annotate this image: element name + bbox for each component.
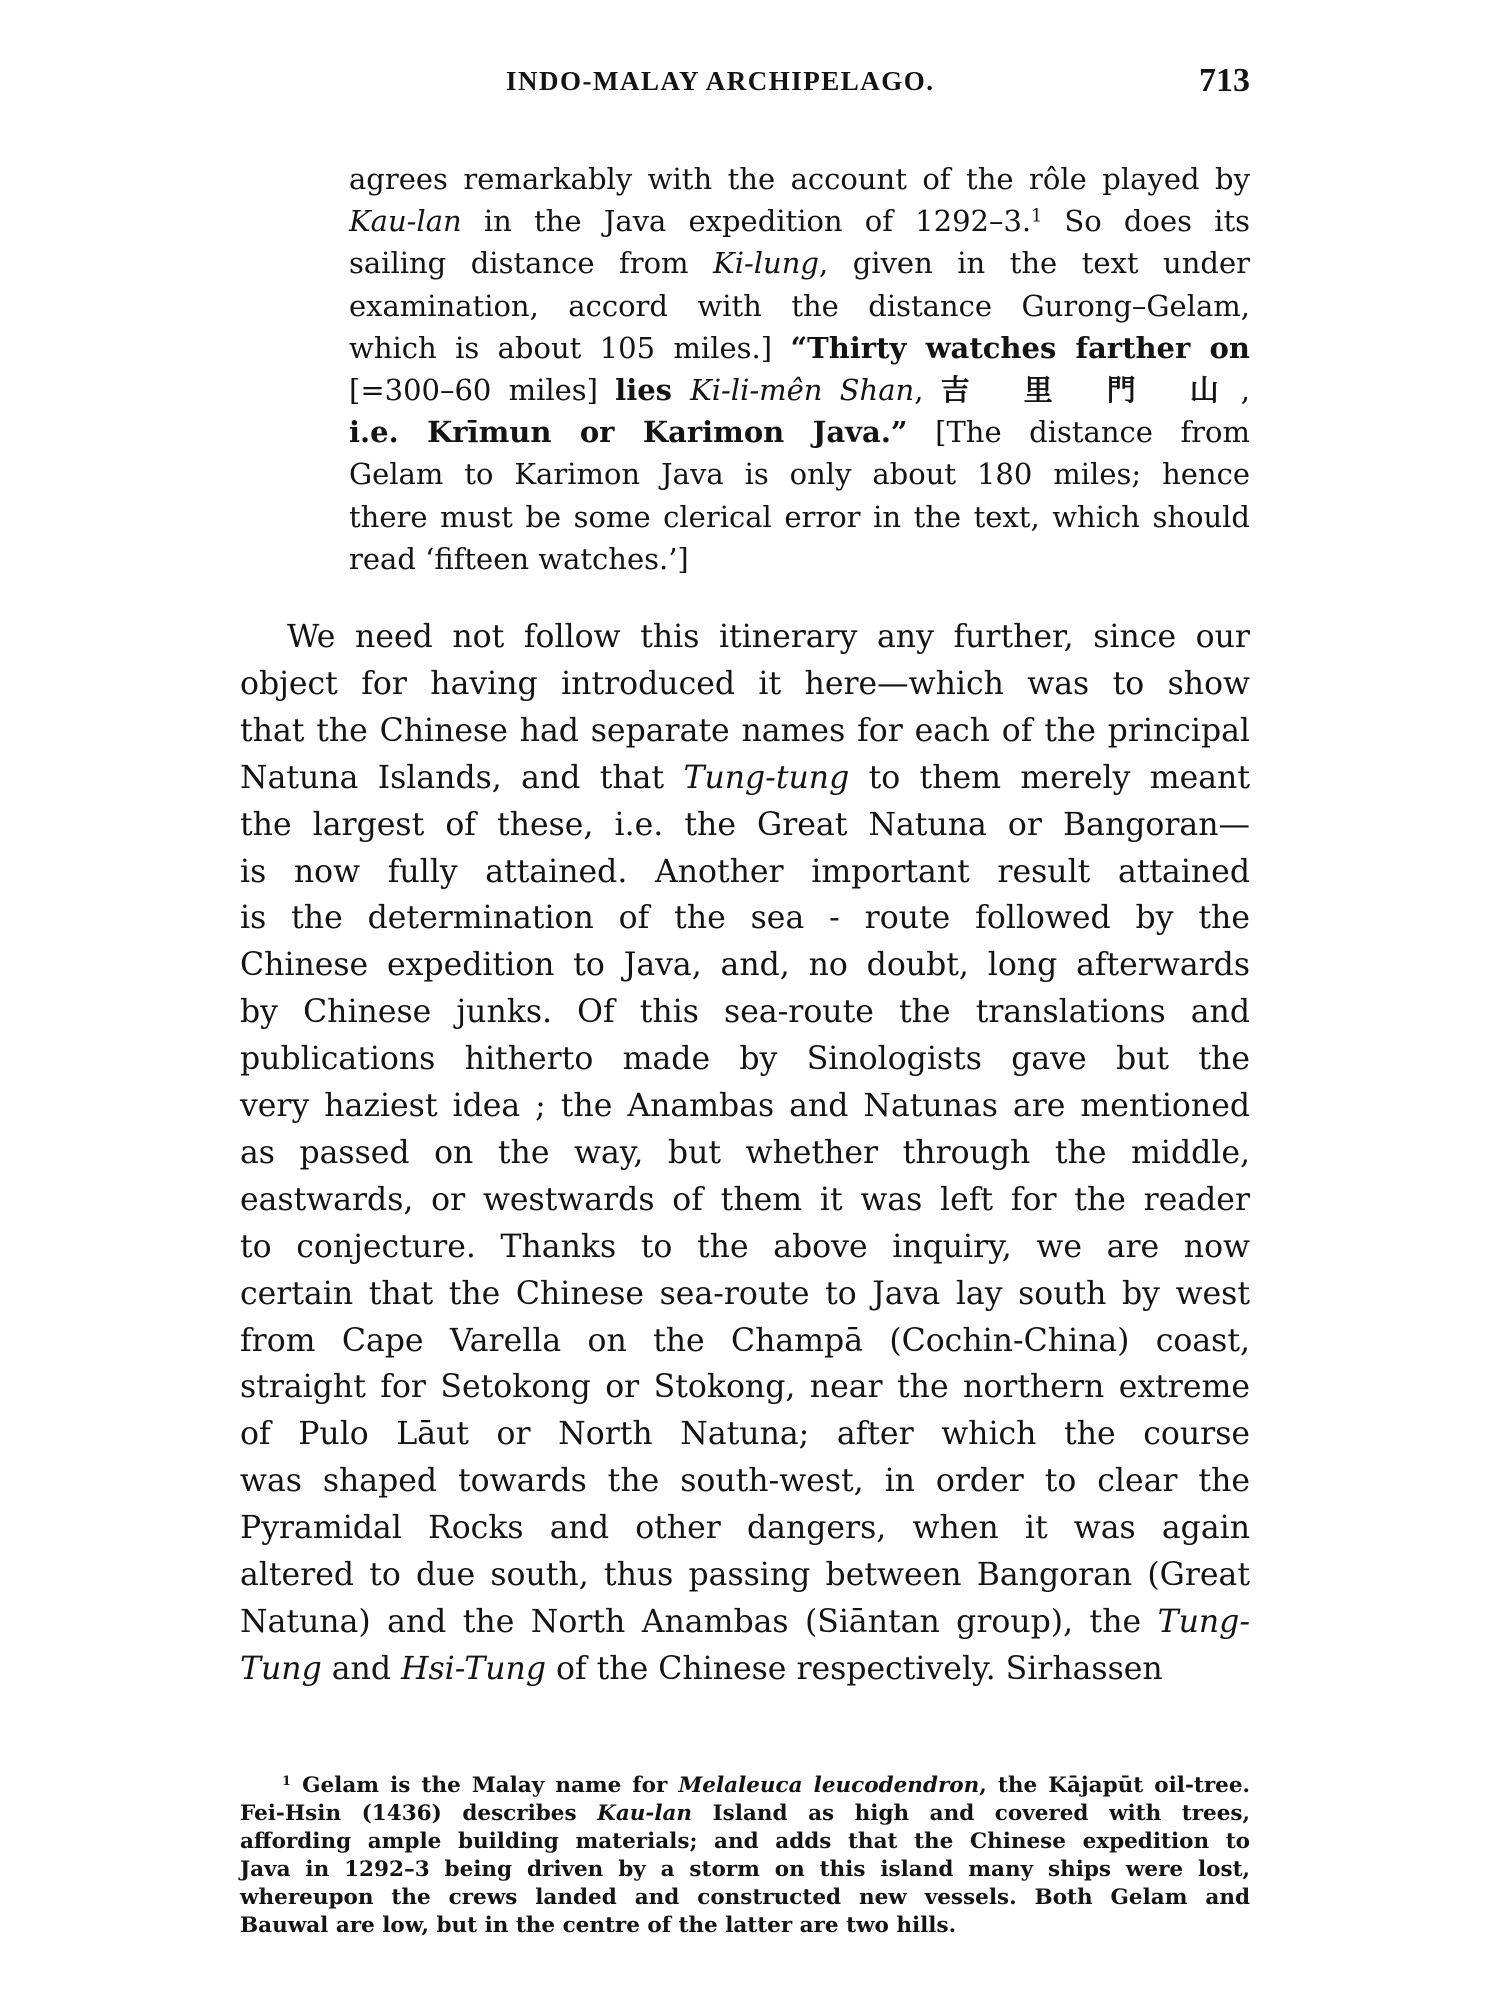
- italic-term: Ki-li-mên Shan: [690, 373, 914, 407]
- text-segment: So does its: [1042, 204, 1250, 238]
- text-segment: the largest of these, i.e. the Great Nat…: [240, 807, 1250, 843]
- text-segment: to conjecture. Thanks to the above inqui…: [240, 1229, 1250, 1265]
- text-segment: and: [322, 1651, 401, 1687]
- italic-term: Melaleuca leucodendron: [678, 1773, 979, 1798]
- text-segment: which is about 105 miles.]: [349, 331, 790, 365]
- text-segment: was shaped towards the south-west, in or…: [240, 1463, 1250, 1499]
- text-segment: from Cape Varella on the Champā (Cochin-…: [240, 1323, 1250, 1359]
- text-line: agrees remarkably with the account of th…: [349, 158, 1250, 200]
- text-segment: very haziest idea ; the Anambas and Natu…: [240, 1088, 1250, 1124]
- text-line: as passed on the way, but whether throug…: [240, 1130, 1250, 1177]
- text-segment: straight for Setokong or Stokong, near t…: [240, 1369, 1250, 1405]
- text-segment: there must be some clerical error in the…: [349, 500, 1250, 534]
- text-segment: Chinese expedition to Java, and, no doub…: [240, 947, 1250, 983]
- running-title: INDO-MALAY ARCHIPELAGO.: [506, 66, 935, 97]
- text-line: was shaped towards the south-west, in or…: [240, 1458, 1250, 1505]
- text-segment: read ‘fifteen watches.’]: [349, 542, 689, 576]
- page-number: 713: [1199, 62, 1250, 100]
- text-line: Natuna) and the North Anambas (Siāntan g…: [240, 1599, 1250, 1646]
- text-line: Natuna Islands, and that Tung-tung to th…: [240, 755, 1250, 802]
- text-line: Kau-lan in the Java expedition of 1292–3…: [349, 200, 1250, 242]
- text-segment: sailing distance from: [349, 246, 713, 280]
- footnote-marker: 1: [1031, 207, 1042, 227]
- italic-term: Kau-lan: [597, 1801, 692, 1826]
- text-segment: agrees remarkably with the account of th…: [349, 162, 1250, 196]
- text-segment: in the Java expedition of 1292–3.: [462, 204, 1031, 238]
- text-segment: ,: [1241, 373, 1250, 407]
- text-segment: Natuna Islands, and that: [240, 760, 683, 796]
- text-line: to conjecture. Thanks to the above inqui…: [240, 1224, 1250, 1271]
- text-line: there must be some clerical error in the…: [349, 496, 1250, 538]
- text-segment: Island as high and covered with trees,: [692, 1801, 1250, 1826]
- text-line: whereupon the crews landed and construct…: [240, 1884, 1250, 1912]
- text-line: very haziest idea ; the Anambas and Natu…: [240, 1083, 1250, 1130]
- running-header: INDO-MALAY ARCHIPELAGO. 713: [240, 66, 1250, 106]
- text-line: examination, accord with the distance Gu…: [349, 285, 1250, 327]
- text-line: Fei-Hsin (1436) describes Kau-lan Island…: [240, 1800, 1250, 1828]
- text-line: i.e. Krīmun or Karimon Java.” [The dista…: [349, 411, 1250, 453]
- text-segment: to them merely meant: [849, 760, 1250, 796]
- text-line: sailing distance from Ki-lung, given in …: [349, 242, 1250, 284]
- text-line: object for having introduced it here—whi…: [240, 661, 1250, 708]
- text-line: publications hitherto made by Sinologist…: [240, 1036, 1250, 1083]
- italic-term: Tung-: [1158, 1604, 1250, 1640]
- text-segment: Gelam to Karimon Java is only about 180 …: [349, 457, 1250, 491]
- text-segment: We need not follow this itinerary any fu…: [287, 619, 1250, 655]
- text-segment: by Chinese junks. Of this sea-route the …: [240, 994, 1250, 1030]
- text-segment: lies: [615, 373, 690, 407]
- text-line: Gelam to Karimon Java is only about 180 …: [349, 453, 1250, 495]
- text-segment: , the Kājapūt oil-tree.: [979, 1773, 1250, 1798]
- text-line: from Cape Varella on the Champā (Cochin-…: [240, 1318, 1250, 1365]
- text-segment: Java in 1292–3 being driven by a storm o…: [240, 1857, 1250, 1882]
- text-segment: certain that the Chinese sea-route to Ja…: [240, 1276, 1250, 1312]
- text-line: Bauwal are low, but in the centre of the…: [240, 1912, 1250, 1940]
- text-segment: Pyramidal Rocks and other dangers, when …: [240, 1510, 1250, 1546]
- text-line: [=300–60 miles] lies Ki-li-mên Shan, 吉 里…: [349, 369, 1250, 411]
- text-segment: eastwards, or westwards of them it was l…: [240, 1182, 1250, 1218]
- text-segment: is now fully attained. Another important…: [240, 854, 1250, 890]
- text-line: the largest of these, i.e. the Great Nat…: [240, 802, 1250, 849]
- italic-term: Hsi-Tung: [401, 1651, 546, 1687]
- text-segment: Bauwal are low, but in the centre of the…: [240, 1913, 956, 1938]
- text-segment: [=300–60 miles]: [349, 373, 615, 407]
- text-segment: [The distance from: [908, 415, 1250, 449]
- text-segment: is the determination of the sea - route …: [240, 900, 1250, 936]
- text-line: We need not follow this itinerary any fu…: [287, 614, 1250, 661]
- text-segment: , given in the text under: [819, 246, 1250, 280]
- text-segment: “Thirty watches farther on: [790, 331, 1250, 365]
- text-segment: of the Chinese respectively. Sirhassen: [546, 1651, 1163, 1687]
- italic-term: Ki-lung: [713, 246, 819, 280]
- text-line: straight for Setokong or Stokong, near t…: [240, 1364, 1250, 1411]
- text-line: is now fully attained. Another important…: [240, 849, 1250, 896]
- italic-term: Tung: [240, 1651, 322, 1687]
- text-line: by Chinese junks. Of this sea-route the …: [240, 989, 1250, 1036]
- text-line: certain that the Chinese sea-route to Ja…: [240, 1271, 1250, 1318]
- text-segment: as passed on the way, but whether throug…: [240, 1135, 1250, 1171]
- text-segment: Fei-Hsin (1436) describes: [240, 1801, 597, 1826]
- italic-term: Tung-tung: [683, 760, 849, 796]
- text-line: Java in 1292–3 being driven by a storm o…: [240, 1856, 1250, 1884]
- text-line: of Pulo Lāut or North Natuna; after whic…: [240, 1411, 1250, 1458]
- text-segment: publications hitherto made by Sinologist…: [240, 1041, 1250, 1077]
- italic-term: Kau-lan: [349, 204, 462, 238]
- text-segment: that the Chinese had separate names for …: [240, 713, 1250, 749]
- text-line: 1 Gelam is the Malay name for Melaleuca …: [282, 1772, 1250, 1800]
- text-segment: affording ample building materials; and …: [240, 1829, 1250, 1854]
- text-segment: of Pulo Lāut or North Natuna; after whic…: [240, 1416, 1250, 1452]
- footnote-marker: 1: [282, 1774, 291, 1789]
- text-line: Tung and Hsi-Tung of the Chinese respect…: [240, 1646, 1250, 1693]
- text-line: Pyramidal Rocks and other dangers, when …: [240, 1505, 1250, 1552]
- text-segment: i.e. Krīmun or Karimon Java.”: [349, 415, 908, 449]
- text-line: affording ample building materials; and …: [240, 1828, 1250, 1856]
- text-segment: ,: [914, 373, 940, 407]
- text-segment: altered to due south, thus passing betwe…: [240, 1557, 1250, 1593]
- text-line: Chinese expedition to Java, and, no doub…: [240, 942, 1250, 989]
- text-line: that the Chinese had separate names for …: [240, 708, 1250, 755]
- text-segment: whereupon the crews landed and construct…: [240, 1885, 1250, 1910]
- text-segment: object for having introduced it here—whi…: [240, 666, 1250, 702]
- text-line: is the determination of the sea - route …: [240, 895, 1250, 942]
- chinese-characters: 吉 里 門 山: [941, 373, 1241, 407]
- text-line: eastwards, or westwards of them it was l…: [240, 1177, 1250, 1224]
- text-segment: Gelam is the Malay name for: [291, 1773, 679, 1798]
- text-line: which is about 105 miles.] “Thirty watch…: [349, 327, 1250, 369]
- text-segment: Natuna) and the North Anambas (Siāntan g…: [240, 1604, 1158, 1640]
- text-segment: examination, accord with the distance Gu…: [349, 289, 1250, 323]
- text-line: altered to due south, thus passing betwe…: [240, 1552, 1250, 1599]
- text-line: read ‘fifteen watches.’]: [349, 538, 1250, 580]
